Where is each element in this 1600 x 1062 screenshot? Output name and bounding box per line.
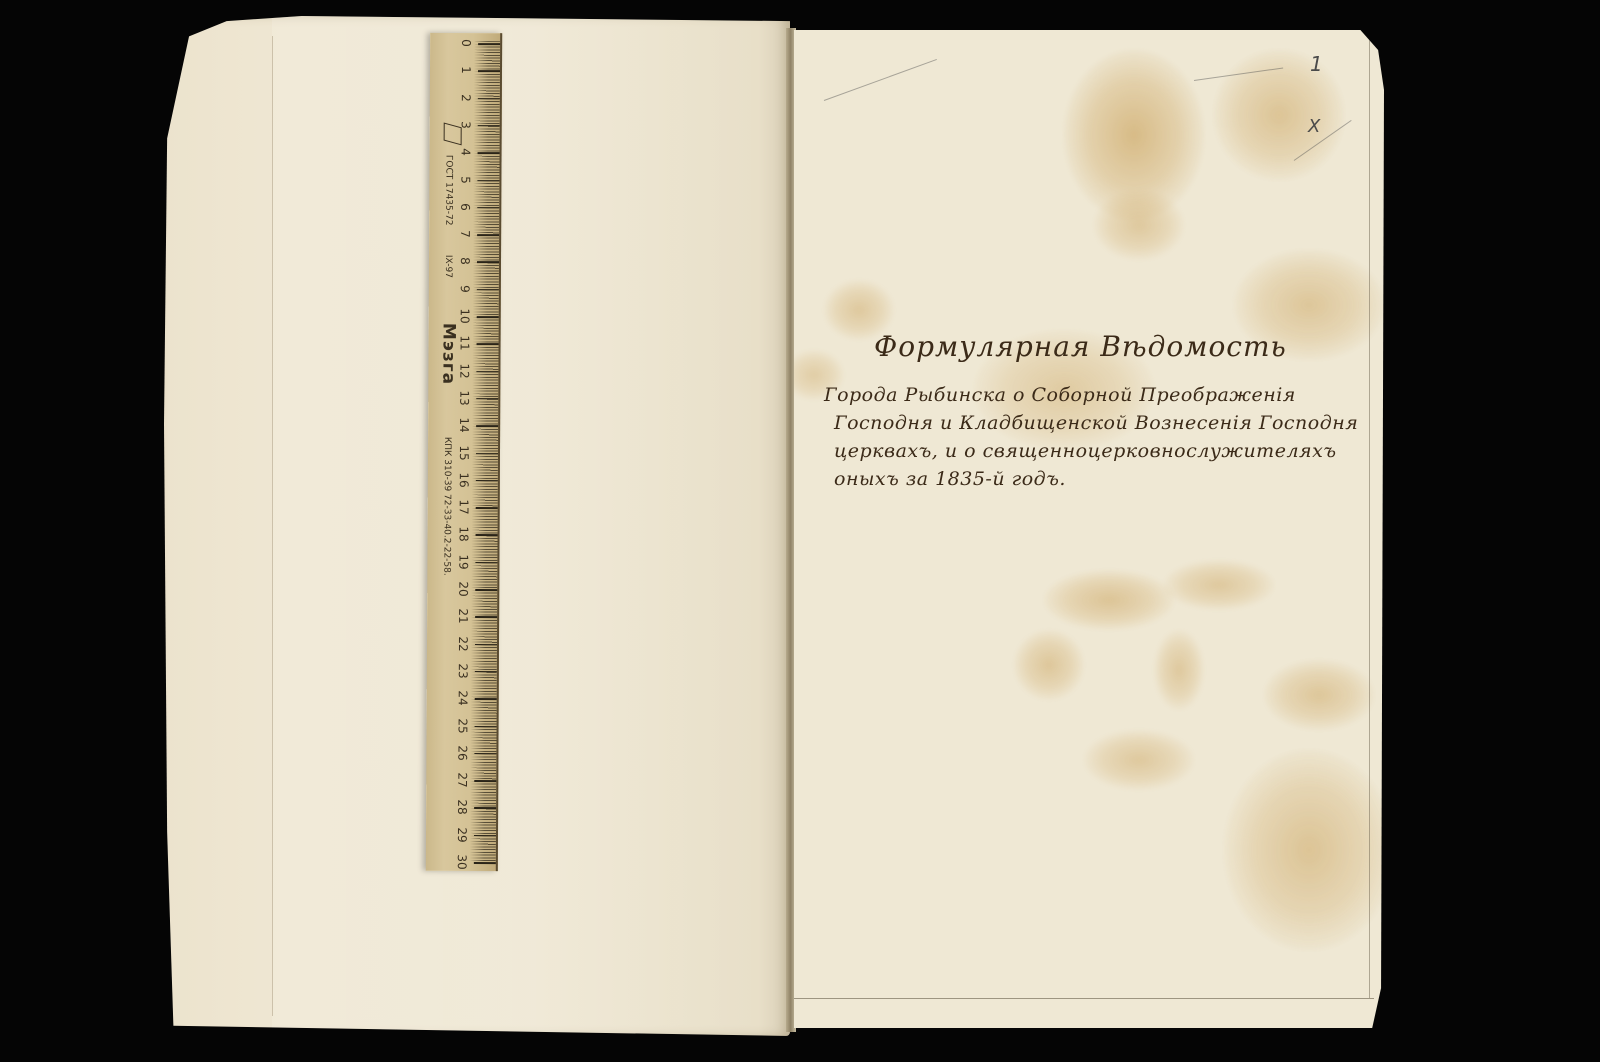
ruler-codes: КПК 310-39 72-33-40.2-22-58. xyxy=(441,437,452,576)
ruler-cm-label: 8 xyxy=(459,249,471,273)
ruler-cm-label: 16 xyxy=(458,468,470,492)
ruler-cm-label: 0 xyxy=(460,31,472,55)
ruler-cm-tick xyxy=(477,261,499,263)
ruler-cm-tick xyxy=(477,234,499,236)
ruler-cm-tick xyxy=(474,835,496,837)
ruler-cm-tick xyxy=(477,207,499,209)
ruler-cm-label: 21 xyxy=(457,604,469,628)
ruler-cm-tick xyxy=(475,562,497,564)
ruler-date-mark: IX-97 xyxy=(443,255,453,278)
title-line-1: Города Рыбинска о Соборной Преображенія xyxy=(824,381,1364,409)
ruler-cm-label: 30 xyxy=(456,850,468,874)
water-stain xyxy=(1094,190,1184,260)
ruler-cm-tick xyxy=(477,289,499,291)
folio-mark-x: X xyxy=(1308,116,1320,137)
ruler-cm-label: 5 xyxy=(459,167,471,191)
ruler-cm-label: 26 xyxy=(456,741,468,765)
ruler-standard: ГОСТ 17435-72 xyxy=(443,155,453,226)
ruler-cm-label: 7 xyxy=(459,222,471,246)
water-stain xyxy=(1214,50,1344,180)
water-stain xyxy=(1014,630,1084,700)
ruler-cm-tick xyxy=(474,862,496,864)
ruler-cm-tick xyxy=(475,726,497,728)
water-stain xyxy=(1164,560,1274,610)
ruler-cm-label: 6 xyxy=(459,195,471,219)
title-line-3: церквахъ, и о священноцерковнослужителях… xyxy=(834,437,1364,465)
page-bottom-edge xyxy=(794,998,1374,999)
ruler-cm-tick xyxy=(475,616,497,618)
ruler-cm-label: 4 xyxy=(460,140,472,164)
ruler-cm-label: 14 xyxy=(458,413,470,437)
ruler-cm-tick xyxy=(475,644,497,646)
ruler-cm-tick xyxy=(476,480,498,482)
title-line-2: Господня и Кладбищенской Вознесенія Госп… xyxy=(834,409,1364,437)
ruler-cm-label: 27 xyxy=(456,768,468,792)
ruler-cm-tick xyxy=(476,507,498,509)
ruler-cm-tick xyxy=(476,453,498,455)
ruler-cm-label: 20 xyxy=(457,577,469,601)
page-fold-line xyxy=(272,36,273,1016)
ruler-cm-tick xyxy=(478,43,500,45)
ruler-cm-tick xyxy=(474,807,496,809)
ruler-cm-label: 17 xyxy=(458,495,470,519)
ruler-cm-tick xyxy=(476,371,498,373)
folio-number: 1 xyxy=(1310,52,1323,76)
ruler-cm-label: 28 xyxy=(456,795,468,819)
ruler-cm-tick xyxy=(476,534,498,536)
ruler-cm-label: 19 xyxy=(457,550,469,574)
ruler-cm-tick xyxy=(475,589,497,591)
ruler-cm-tick xyxy=(477,343,499,345)
ruler-cm-tick xyxy=(478,125,500,127)
title-line-4: оныхъ за 1835-й годъ. xyxy=(834,465,1364,493)
inner-leaf xyxy=(272,16,790,1036)
ruler-cm-label: 23 xyxy=(457,659,469,683)
right-page-recto: 1 X Формулярная Вѣдомость Города Рыбинск… xyxy=(794,30,1384,1028)
ruler-cm-label: 9 xyxy=(459,277,471,301)
ruler-cm-label: 13 xyxy=(458,386,470,410)
ruler-cm-label: 25 xyxy=(457,713,469,737)
pencil-stroke xyxy=(824,59,937,101)
ruler-cm-label: 29 xyxy=(456,823,468,847)
page-right-edge xyxy=(1369,40,1370,998)
ruler-cm-tick xyxy=(478,70,500,72)
measuring-ruler: ГОСТ 17435-72 IX-97 Мэзга КПК 310-39 72-… xyxy=(426,33,502,871)
ruler-cm-tick xyxy=(475,671,497,673)
ruler-cm-label: 18 xyxy=(458,522,470,546)
ruler-cm-tick xyxy=(477,316,499,318)
ruler-cm-tick xyxy=(474,753,496,755)
ruler-cm-label: 10 xyxy=(459,304,471,328)
ruler-cm-label: 3 xyxy=(460,113,472,137)
ruler-cm-label: 24 xyxy=(457,686,469,710)
ruler-cm-label: 2 xyxy=(460,86,472,110)
water-stain xyxy=(1084,730,1194,790)
ruler-cm-tick xyxy=(478,98,500,100)
document-heading: Формулярная Вѣдомость xyxy=(874,330,1364,363)
ruler-cm-label: 1 xyxy=(460,58,472,82)
water-stain xyxy=(1044,570,1174,630)
ruler-cm-tick xyxy=(474,780,496,782)
ruler-cm-tick xyxy=(475,698,497,700)
ruler-cm-tick xyxy=(476,398,498,400)
ruler-cm-tick xyxy=(478,152,500,154)
ruler-cm-label: 12 xyxy=(458,359,470,383)
ruler-brand: Мэзга xyxy=(438,323,458,385)
water-stain xyxy=(1154,630,1204,710)
ruler-cm-tick xyxy=(476,425,498,427)
document-photo: 1 X Формулярная Вѣдомость Города Рыбинск… xyxy=(0,0,1600,1062)
water-stain xyxy=(1224,750,1384,950)
ruler-cm-label: 22 xyxy=(457,632,469,656)
ruler-cm-tick xyxy=(477,180,499,182)
handwritten-title-block: Формулярная Вѣдомость Города Рыбинска о … xyxy=(824,330,1364,493)
ruler-cm-label: 15 xyxy=(458,440,470,464)
water-stain xyxy=(1264,660,1374,730)
ruler-cm-label: 11 xyxy=(459,331,471,355)
